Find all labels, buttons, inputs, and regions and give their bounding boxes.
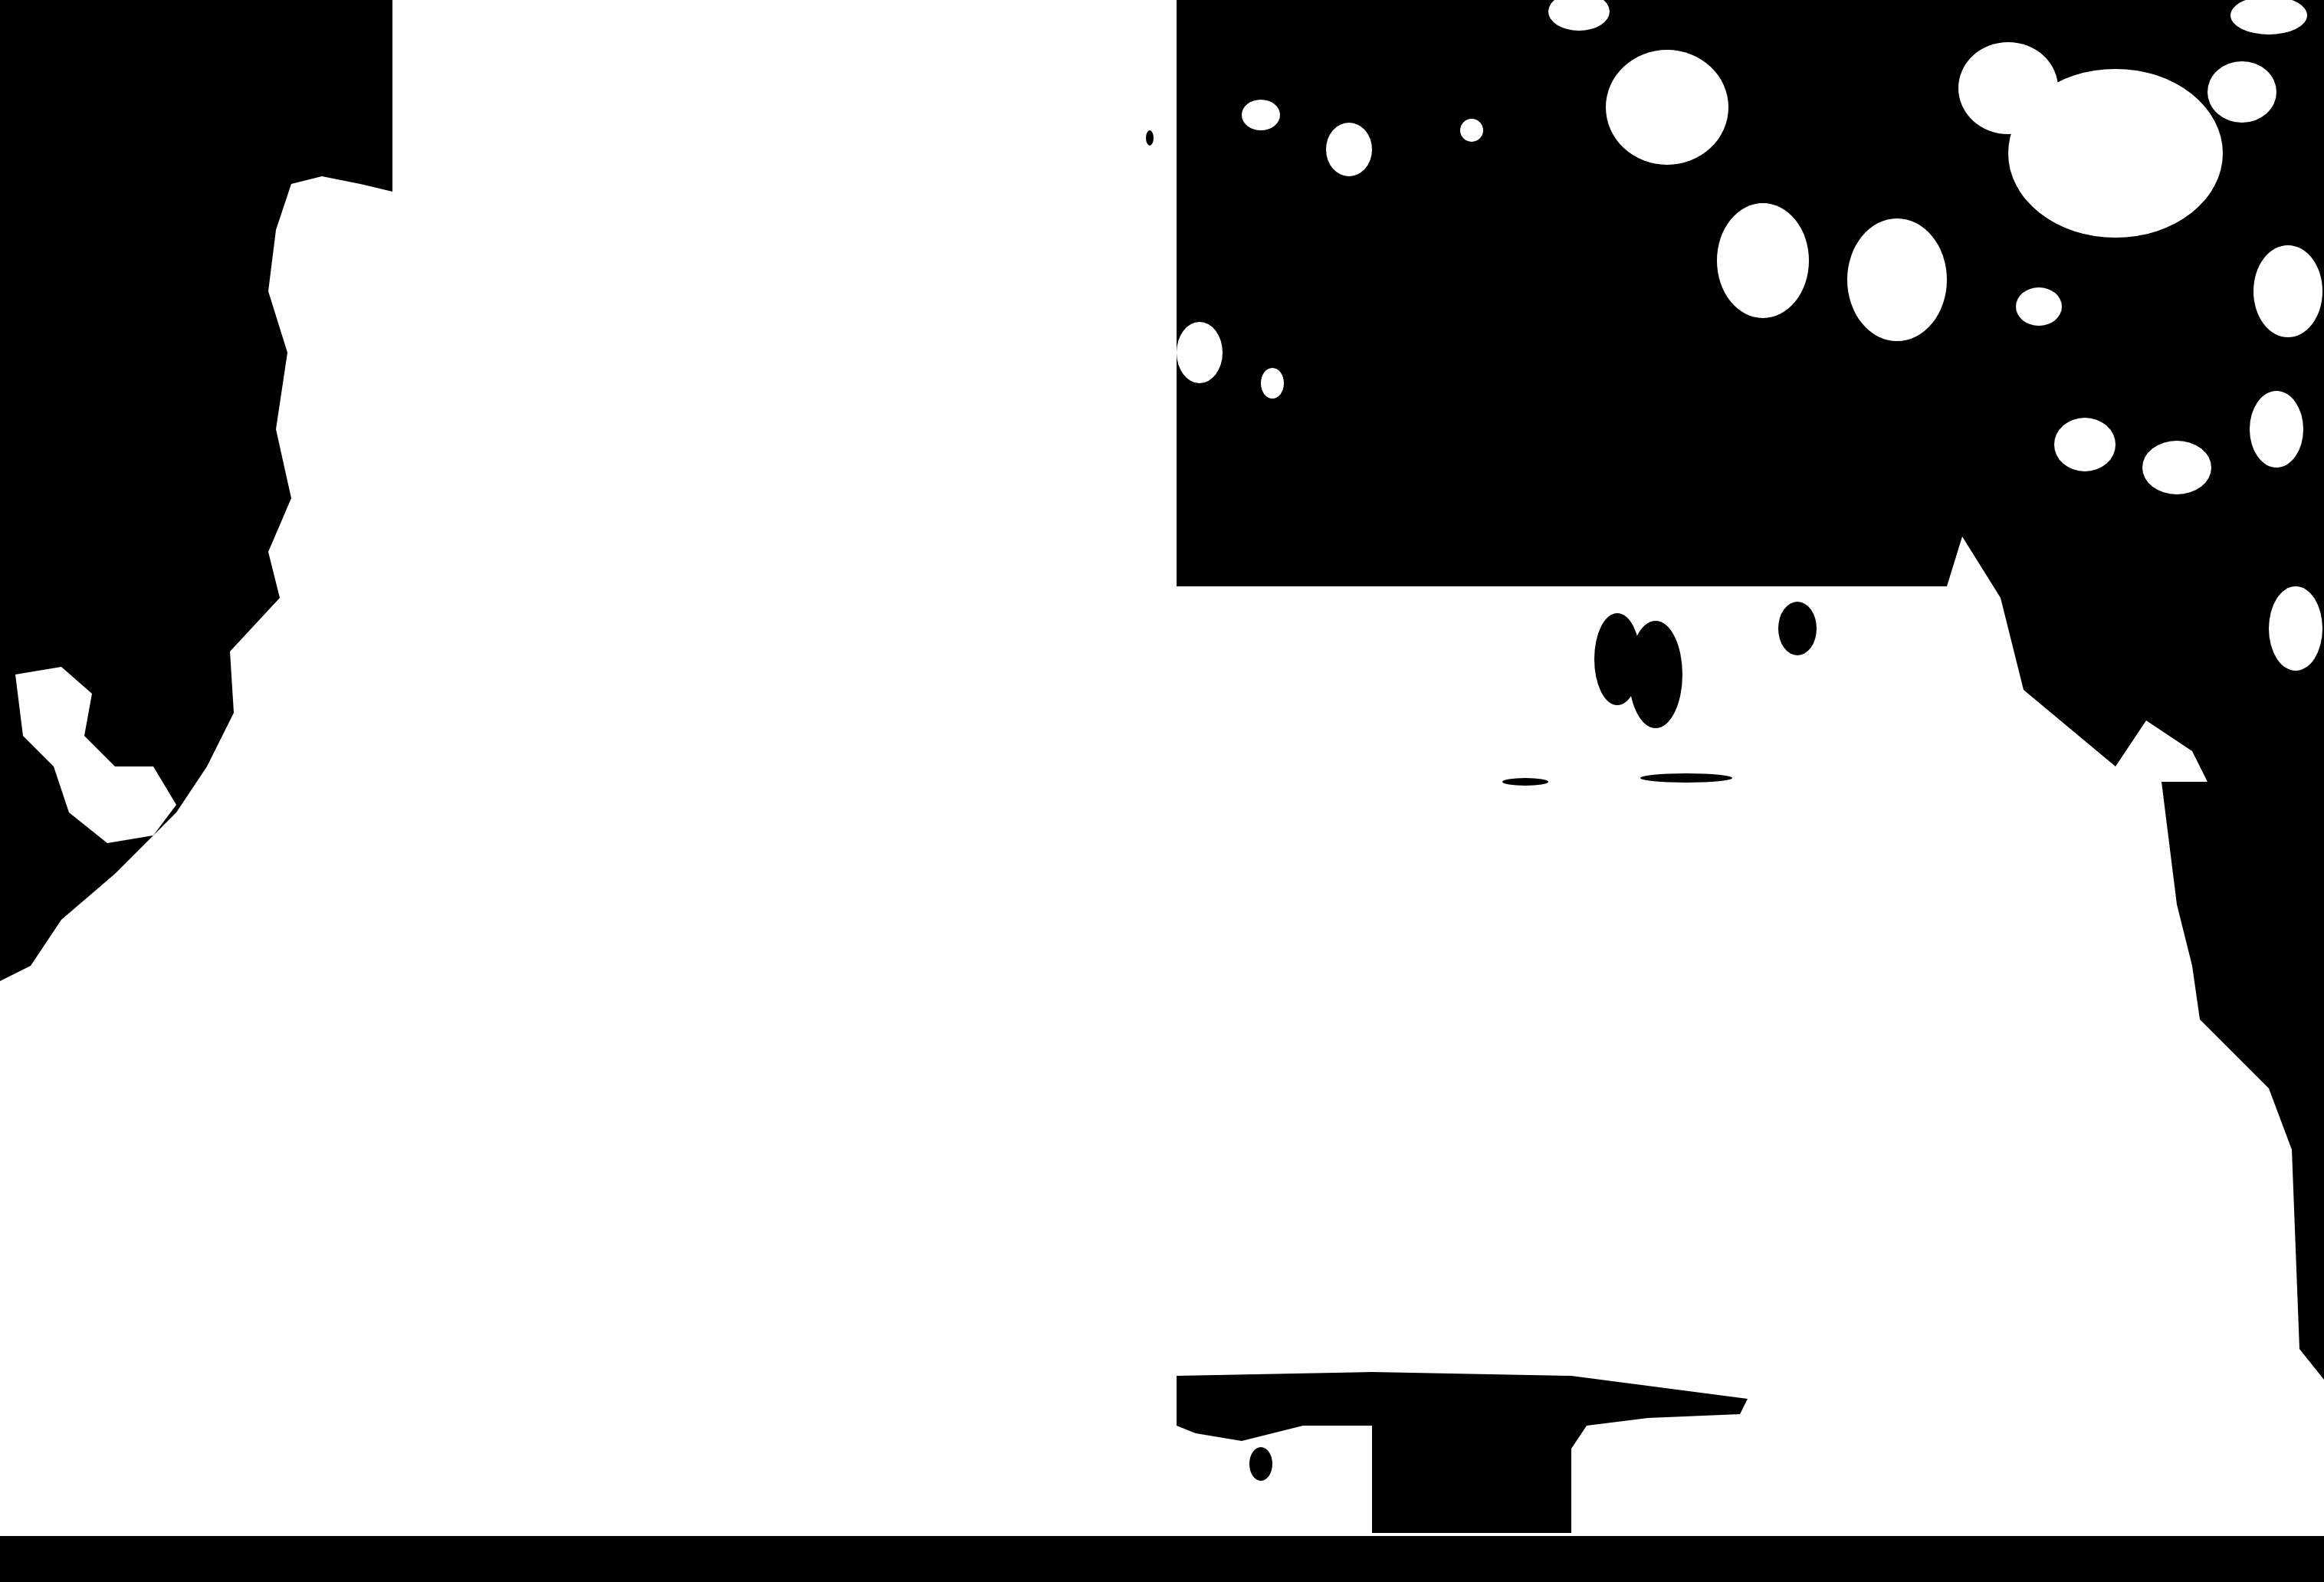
image-artwork <box>0 0 2324 1582</box>
thresholded-image <box>0 0 2324 1582</box>
